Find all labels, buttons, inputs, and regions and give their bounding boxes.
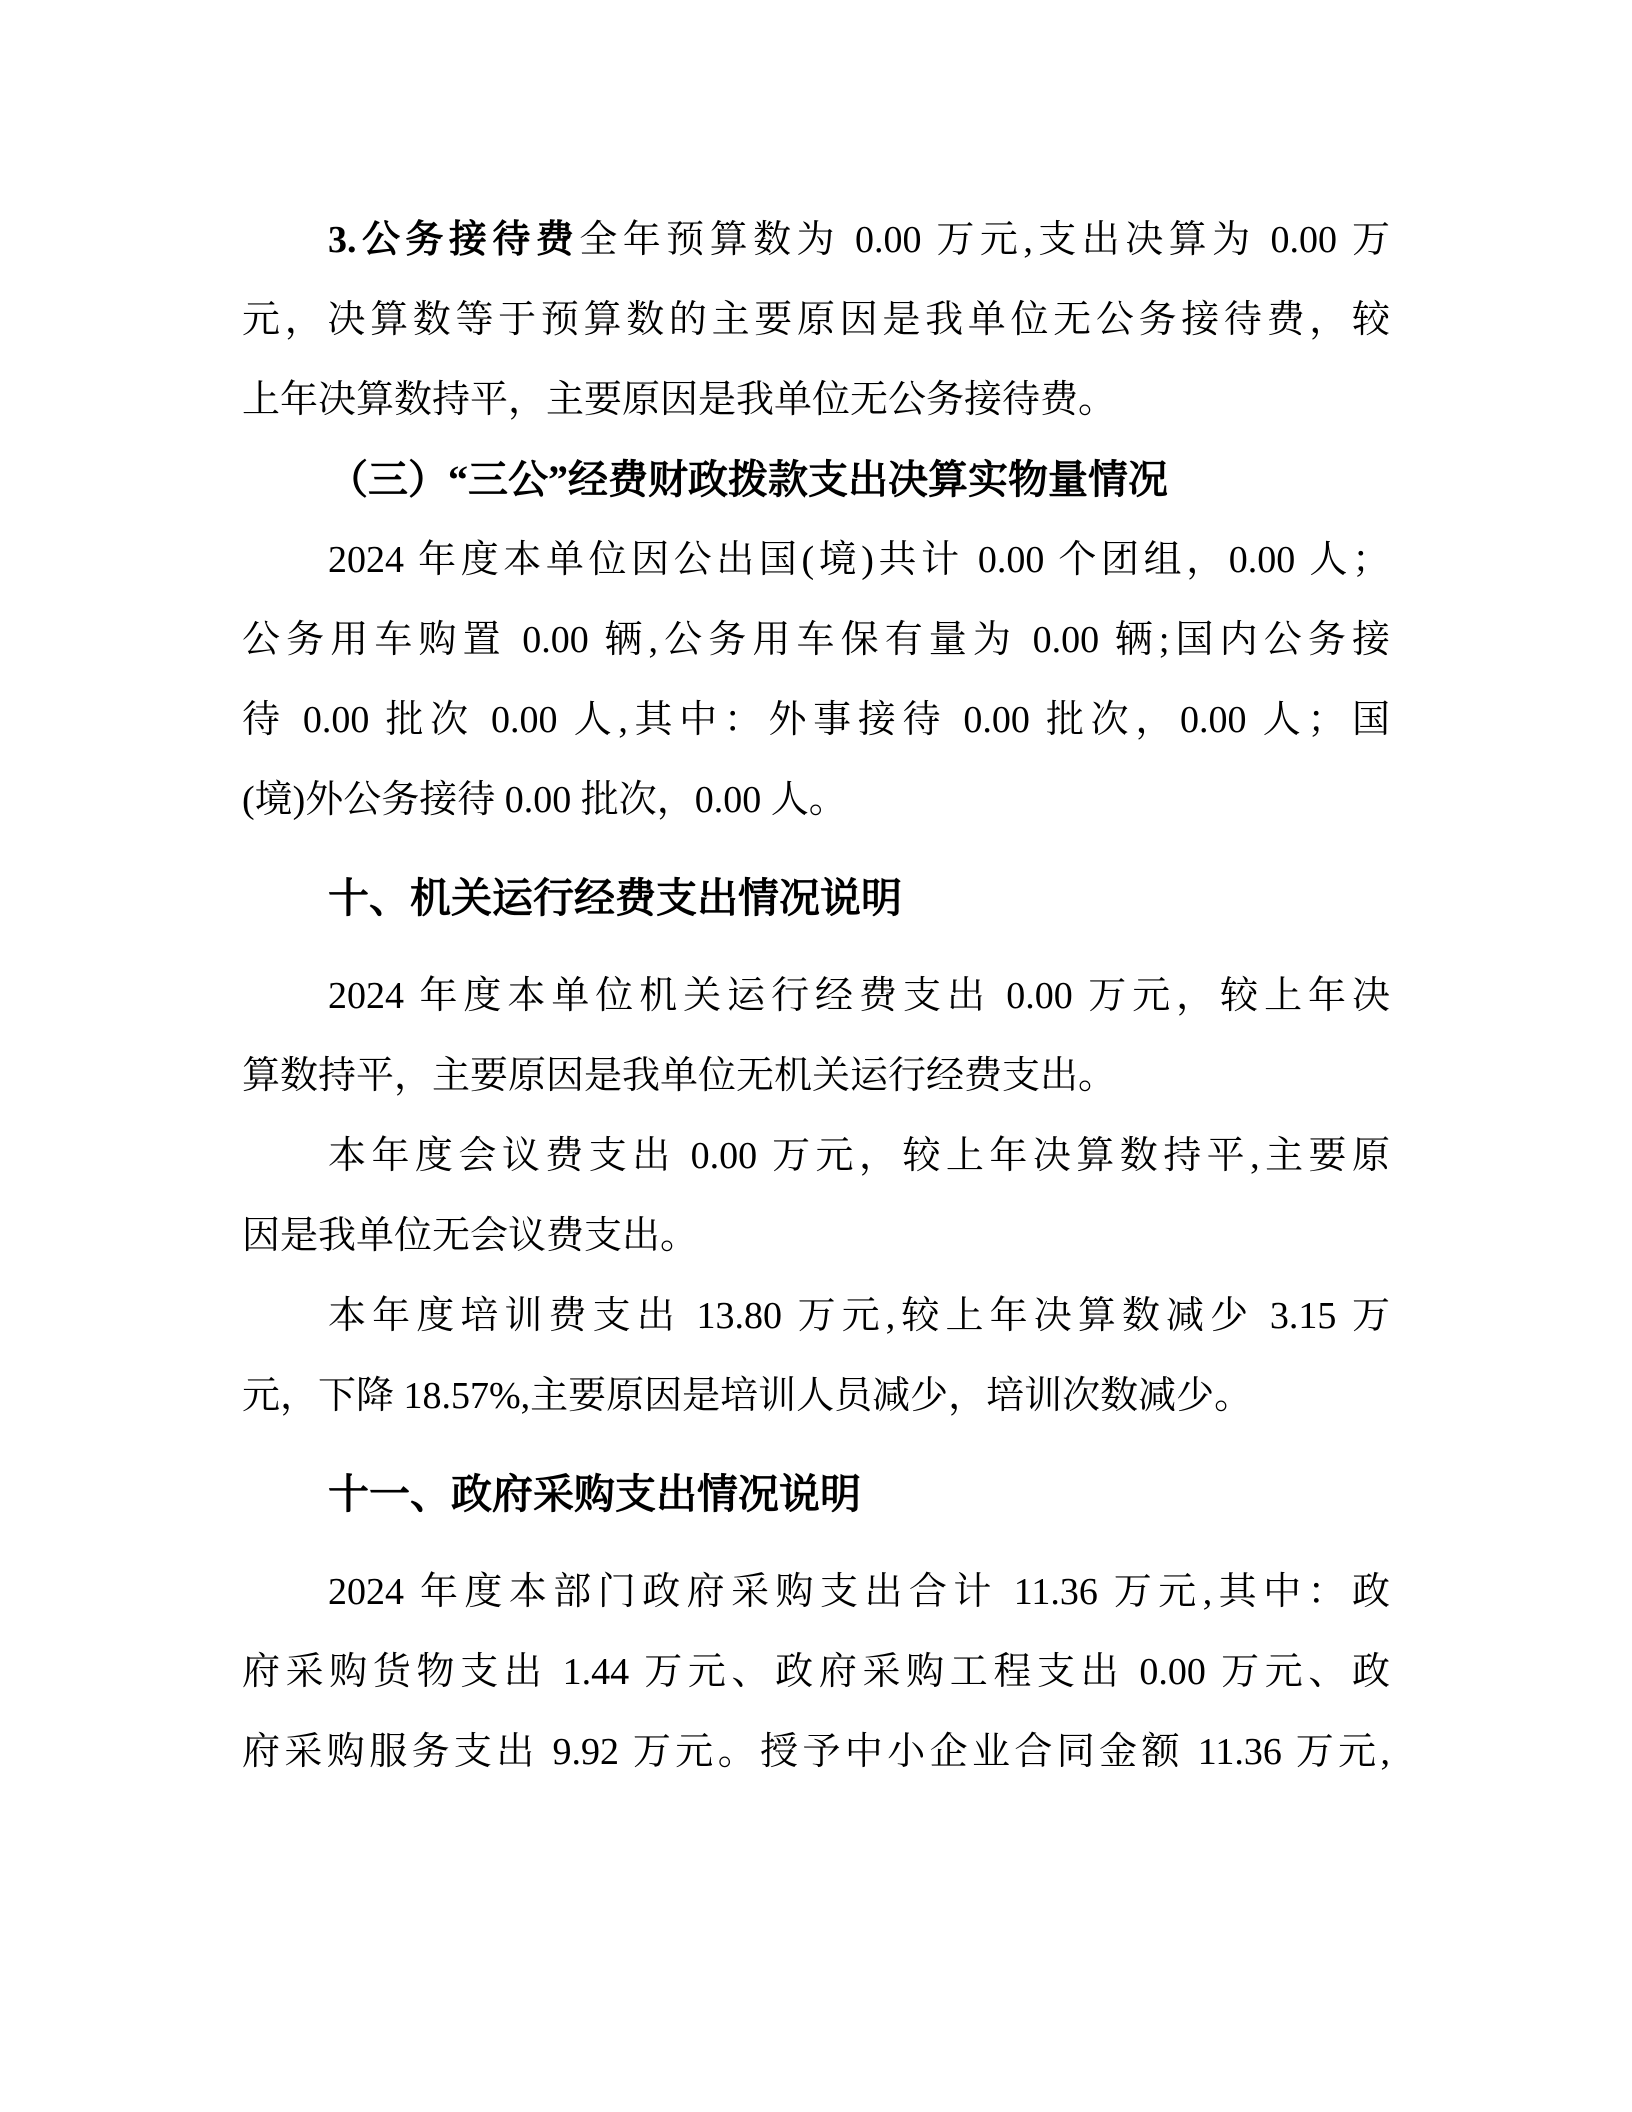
document-content: 3.公务接待费全年预算数为 0.00 万元,支出决算为 0.00 万 元，决算数…: [242, 200, 1390, 1792]
line-text: 全年预算数为 0.00 万元,支出决算为 0.00 万: [579, 219, 1390, 261]
paragraph-line-reception-flat: 上年决算数持平，主要原因是我单位无公务接待费。: [242, 360, 1390, 440]
paragraph-line-meeting-reason: 因是我单位无会议费支出。: [242, 1196, 1390, 1276]
paragraph-line-procurement-services: 府采购服务支出 9.92 万元。授予中小企业合同金额 11.36 万元,: [242, 1712, 1390, 1792]
paragraph-line-official-vehicles: 公务用车购置 0.00 辆,公务用车保有量为 0.00 辆;国内公务接: [242, 600, 1390, 680]
paragraph-line-abroad-groups: 2024 年度本单位因公出国(境)共计 0.00 个团组，0.00 人；: [242, 520, 1390, 600]
subheading-three-public-physical-quantity: （三）“三公”经费财政拨款支出决算实物量情况: [242, 440, 1390, 520]
heading-section-10-operating-expense: 十、机关运行经费支出情况说明: [242, 858, 1390, 938]
paragraph-line-training-fee: 本年度培训费支出 13.80 万元,较上年决算数减少 3.15 万: [242, 1276, 1390, 1356]
paragraph-line-domestic-reception: 待 0.00 批次 0.00 人,其中：外事接待 0.00 批次，0.00 人；…: [242, 680, 1390, 760]
paragraph-line-procurement-goods: 府采购货物支出 1.44 万元、政府采购工程支出 0.00 万元、政: [242, 1632, 1390, 1712]
paragraph-line-operating-expense: 2024 年度本单位机关运行经费支出 0.00 万元，较上年决: [242, 956, 1390, 1036]
bold-lead-text: 3.公务接待费: [328, 219, 579, 261]
document-page: 3.公务接待费全年预算数为 0.00 万元,支出决算为 0.00 万 元，决算数…: [0, 0, 1632, 2112]
paragraph-line-training-decline: 元，下降 18.57%,主要原因是培训人员减少，培训次数减少。: [242, 1356, 1390, 1436]
paragraph-line-overseas-reception: (境)外公务接待 0.00 批次，0.00 人。: [242, 760, 1390, 840]
paragraph-line-meeting-fee: 本年度会议费支出 0.00 万元，较上年决算数持平,主要原: [242, 1116, 1390, 1196]
heading-section-11-procurement: 十一、政府采购支出情况说明: [242, 1454, 1390, 1534]
paragraph-line-reception-reason: 元，决算数等于预算数的主要原因是我单位无公务接待费，较: [242, 280, 1390, 360]
paragraph-line-procurement-total: 2024 年度本部门政府采购支出合计 11.36 万元,其中：政: [242, 1552, 1390, 1632]
paragraph-line-reception-budget: 3.公务接待费全年预算数为 0.00 万元,支出决算为 0.00 万: [242, 200, 1390, 280]
paragraph-line-operating-flat: 算数持平，主要原因是我单位无机关运行经费支出。: [242, 1036, 1390, 1116]
